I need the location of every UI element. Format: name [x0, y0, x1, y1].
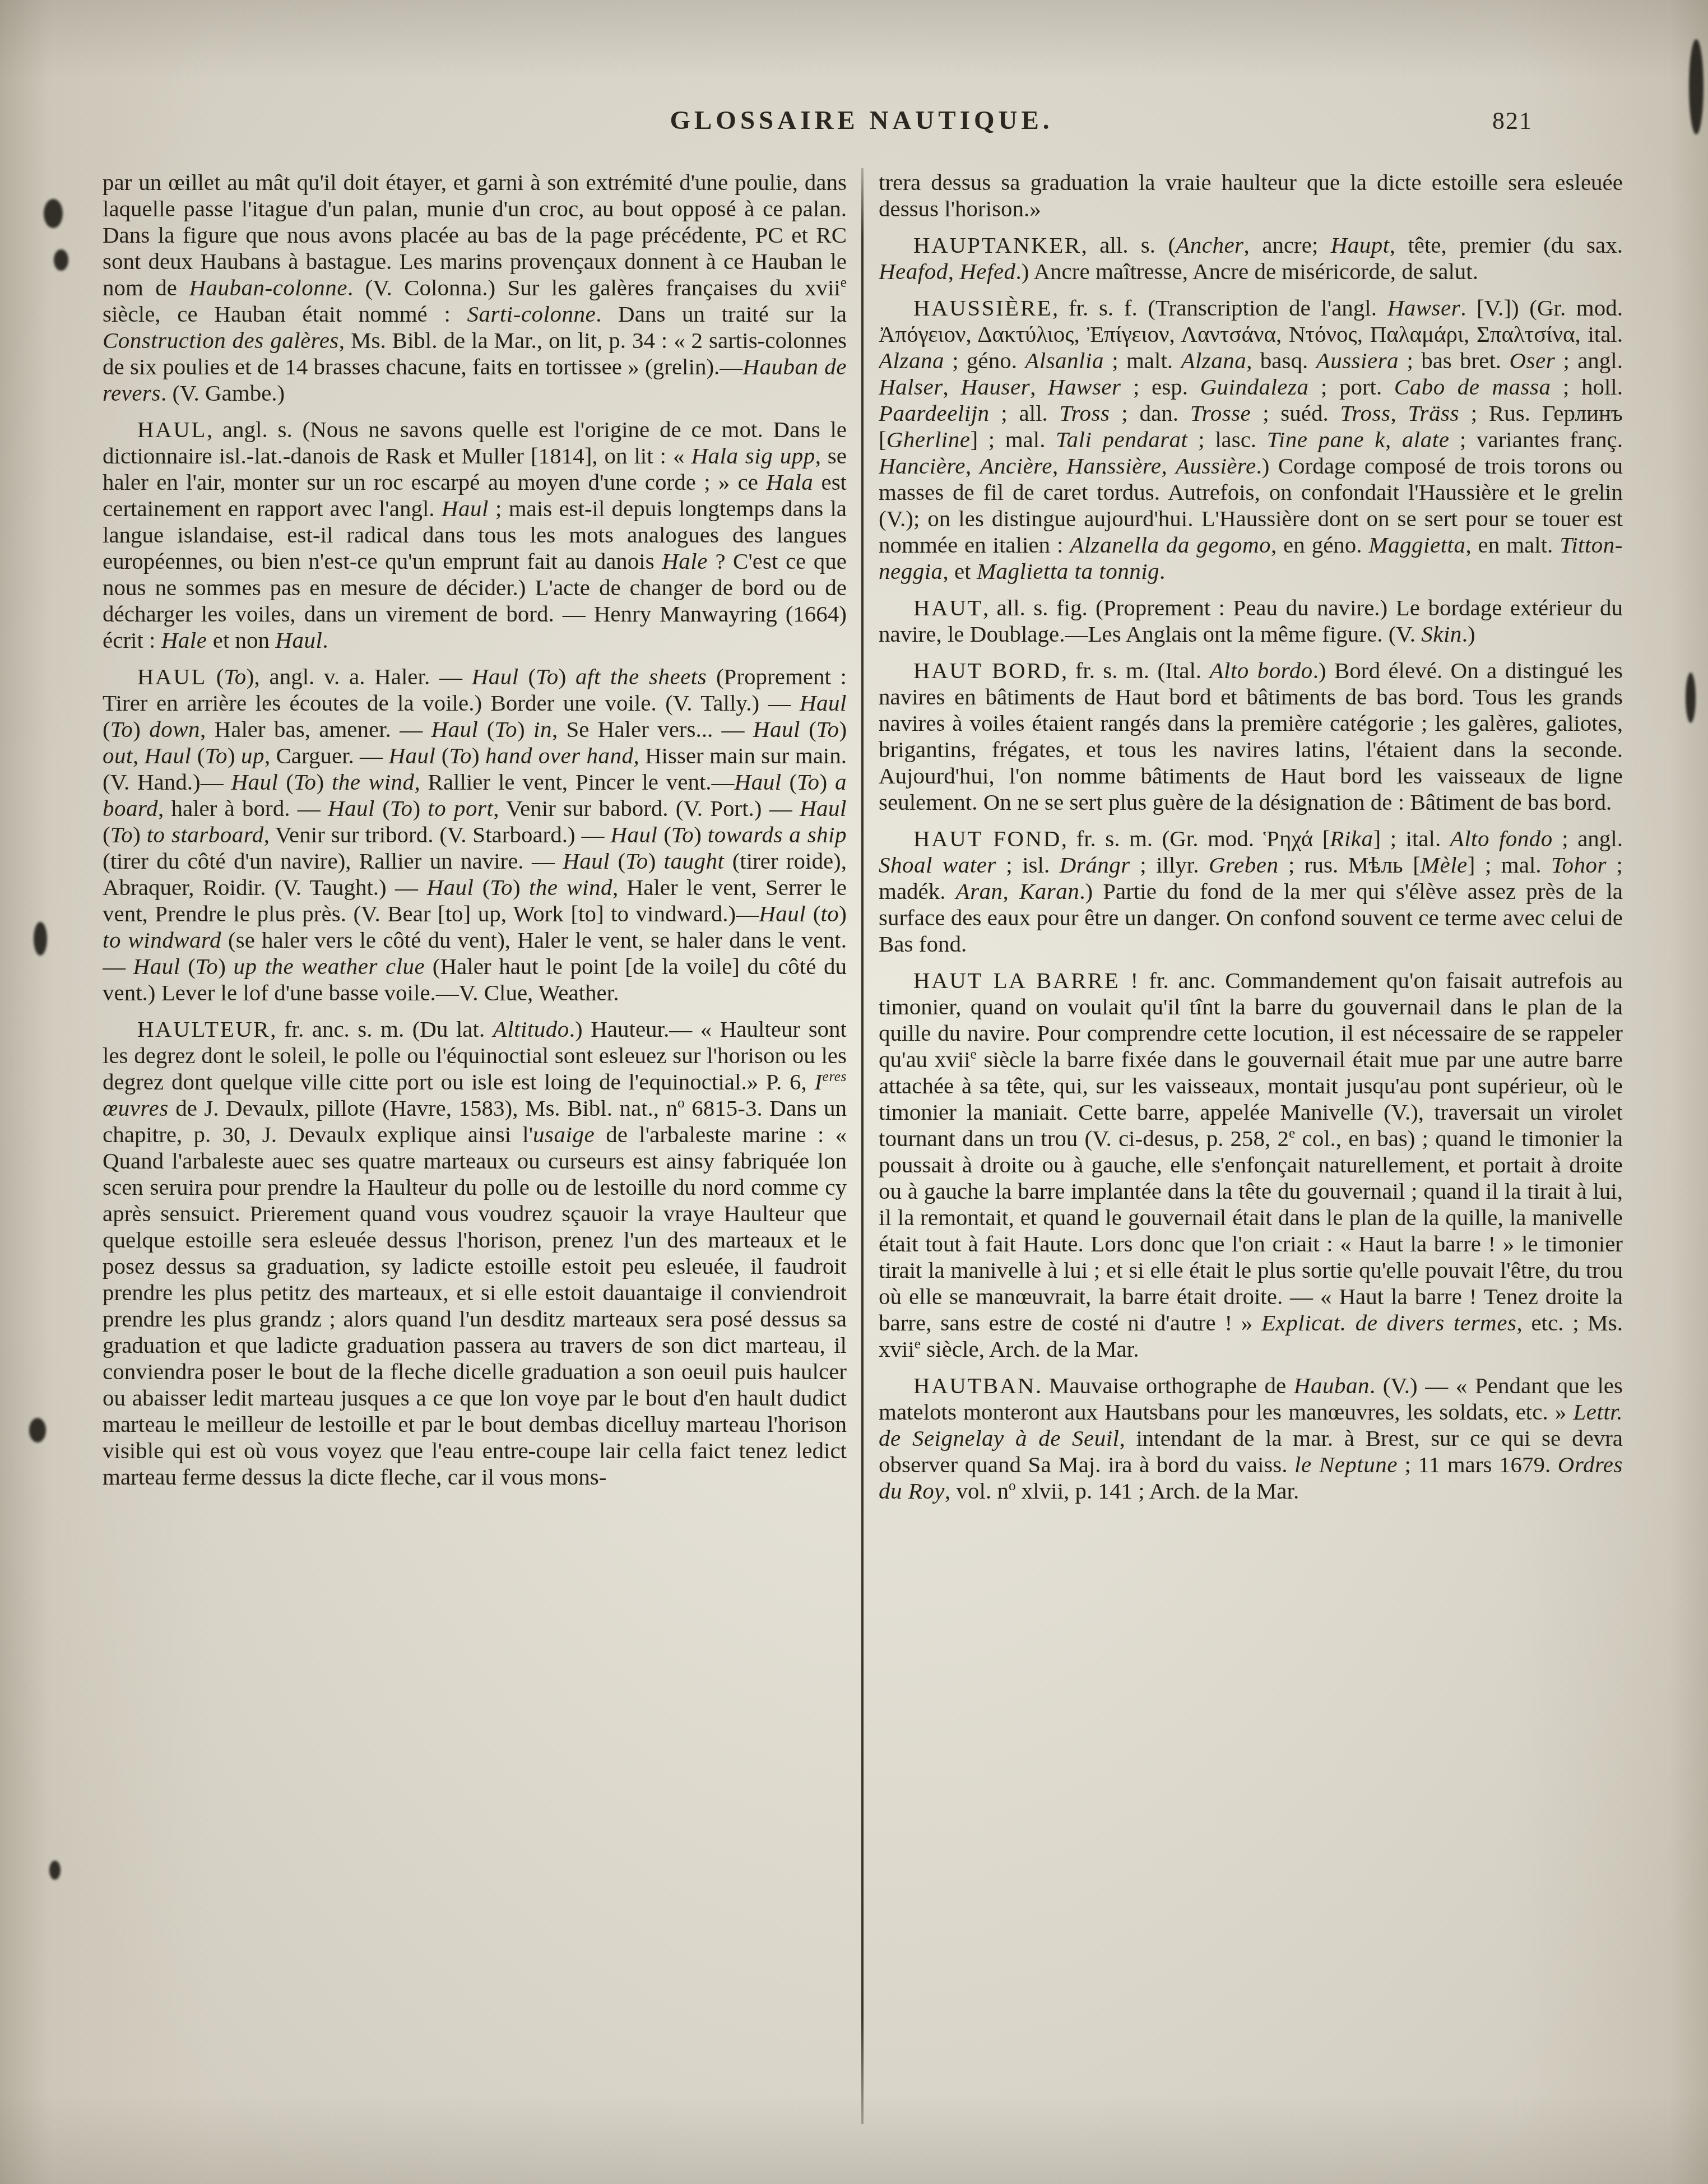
scan-edge-artifact	[1686, 673, 1696, 723]
scan-edge-artifact	[34, 922, 47, 956]
glossary-entry-paragraph: trera dessus sa graduation la vraie haul…	[879, 169, 1623, 222]
glossary-entry-paragraph: par un œillet au mât qu'il doit étayer, …	[103, 169, 847, 406]
glossary-entry-paragraph: HAUTBAN. Mauvaise orthographe de Hauban.…	[879, 1372, 1623, 1504]
scan-edge-artifact	[1689, 39, 1704, 135]
glossary-entry-paragraph: HAUT BORD, fr. s. m. (Ital. Alto bordo.)…	[879, 657, 1623, 815]
glossary-entry-paragraph: HAUL, angl. s. (Nous ne savons quelle es…	[103, 416, 847, 653]
glossary-entry-paragraph: HAUSSIÈRE, fr. s. f. (Transcription de l…	[879, 295, 1623, 585]
glossary-entry-paragraph: HAUPTANKER, all. s. (Ancher, ancre; Haup…	[879, 232, 1623, 285]
scan-edge-artifact	[44, 199, 63, 228]
scan-edge-artifact	[54, 249, 68, 271]
scan-edge-artifact	[29, 1418, 46, 1443]
page-header: GLOSSAIRE NAUTIQUE. 821	[104, 105, 1619, 145]
running-title: GLOSSAIRE NAUTIQUE.	[104, 105, 1619, 136]
page-number: 821	[1492, 106, 1533, 135]
glossary-entry-paragraph: HAUL (To), angl. v. a. Haler. — Haul (To…	[103, 664, 847, 1006]
glossary-entry-paragraph: HAUT LA BARRE ! fr. anc. Commandement qu…	[879, 967, 1623, 1362]
left-column: par un œillet au mât qu'il doit étayer, …	[103, 169, 847, 2120]
column-divider-rule	[861, 168, 864, 2124]
scan-edge-artifact	[49, 1861, 61, 1880]
glossary-entry-paragraph: HAUT FOND, fr. s. m. (Gr. mod. Ῥηχά [Rik…	[879, 826, 1623, 957]
scanned-book-page: { "colors": { "paper": "#d3cec1", "ink":…	[0, 0, 1708, 2184]
glossary-entry-paragraph: HAULTEUR, fr. anc. s. m. (Du lat. Altitu…	[103, 1016, 847, 1490]
right-column: trera dessus sa graduation la vraie haul…	[879, 169, 1623, 2120]
glossary-entry-paragraph: HAUT, all. s. fig. (Proprement : Peau du…	[879, 595, 1623, 647]
